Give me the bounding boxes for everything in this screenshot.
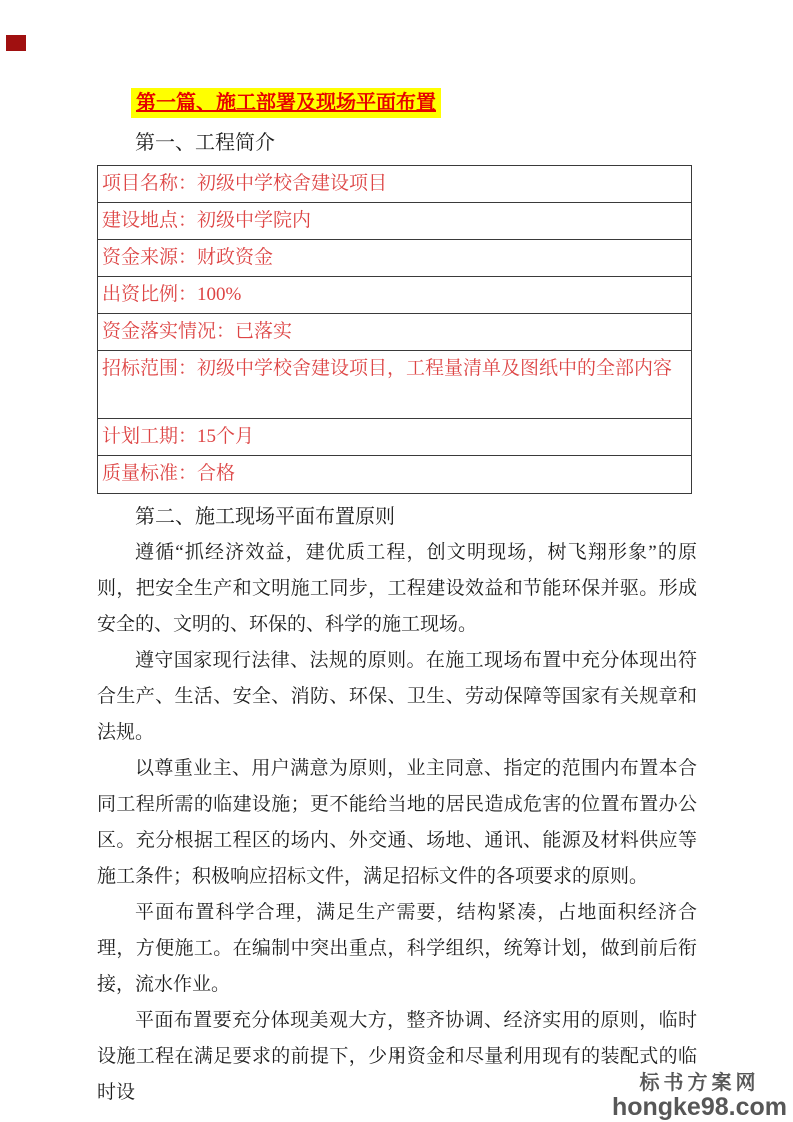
row-label: 出资比例： — [102, 284, 197, 305]
row-label: 招标范围： — [102, 358, 197, 379]
table-row: 建设地点：初级中学院内 — [98, 203, 691, 240]
table-row: 项目名称：初级中学校舍建设项目 — [98, 166, 691, 203]
watermark-domain: hongke98.com — [612, 1094, 787, 1120]
row-label: 资金落实情况： — [102, 321, 235, 342]
row-value: 100% — [197, 284, 241, 305]
section-one-heading: 第一、工程简介 — [135, 130, 697, 156]
row-value: 初级中学院内 — [197, 210, 311, 231]
row-value: 15个月 — [197, 426, 254, 447]
main-title: 第一篇、施工部署及现场平面布置 — [131, 88, 441, 118]
section-two-heading: 第二、施工现场平面布置原则 — [135, 504, 697, 530]
table-row: 质量标准：合格 — [98, 456, 691, 493]
table-row: 资金落实情况：已落实 — [98, 314, 691, 351]
watermark-logo: 标书方案网 hongke98.com — [612, 1072, 787, 1120]
row-value: 初级中学校舍建设项目，工程量清单及图纸中的全部内容 — [197, 358, 672, 379]
row-value: 合格 — [197, 463, 235, 484]
row-value: 已落实 — [235, 321, 292, 342]
document-page: 第一篇、施工部署及现场平面布置 第一、工程简介 项目名称：初级中学校舍建设项目 … — [0, 0, 793, 1122]
body-paragraph: 遵守国家现行法律、法规的原则。在施工现场布置中充分体现出符合生产、生活、安全、消… — [97, 643, 697, 751]
row-label: 项目名称： — [102, 173, 197, 194]
row-label: 资金来源： — [102, 247, 197, 268]
table-row: 出资比例：100% — [98, 277, 691, 314]
body-paragraph: 遵循“抓经济效益，建优质工程，创文明现场，树飞翔形象”的原则，把安全生产和文明施… — [97, 535, 697, 643]
main-title-line: 第一篇、施工部署及现场平面布置 — [97, 88, 697, 118]
table-row: 资金来源：财政资金 — [98, 240, 691, 277]
row-value: 初级中学校舍建设项目 — [197, 173, 387, 194]
body-paragraph: 平面布置科学合理，满足生产需要，结构紧凑，占地面积经济合理，方便施工。在编制中突… — [97, 895, 697, 1003]
table-row: 招标范围：初级中学校舍建设项目，工程量清单及图纸中的全部内容 — [98, 351, 691, 419]
row-value: 财政资金 — [197, 247, 273, 268]
table-row: 计划工期：15个月 — [98, 419, 691, 456]
row-label: 建设地点： — [102, 210, 197, 231]
row-label: 质量标准： — [102, 463, 197, 484]
body-paragraph: 以尊重业主、用户满意为原则，业主同意、指定的范围内布置本合同工程所需的临建设施；… — [97, 751, 697, 895]
red-corner-mark — [6, 35, 26, 51]
project-info-table: 项目名称：初级中学校舍建设项目 建设地点：初级中学院内 资金来源：财政资金 出资… — [97, 165, 692, 494]
row-label: 计划工期： — [102, 426, 197, 447]
page-number: 3 — [0, 1048, 793, 1064]
watermark-site-name: 标书方案网 — [612, 1072, 787, 1094]
page-content: 第一篇、施工部署及现场平面布置 第一、工程简介 项目名称：初级中学校舍建设项目 … — [97, 88, 697, 1111]
